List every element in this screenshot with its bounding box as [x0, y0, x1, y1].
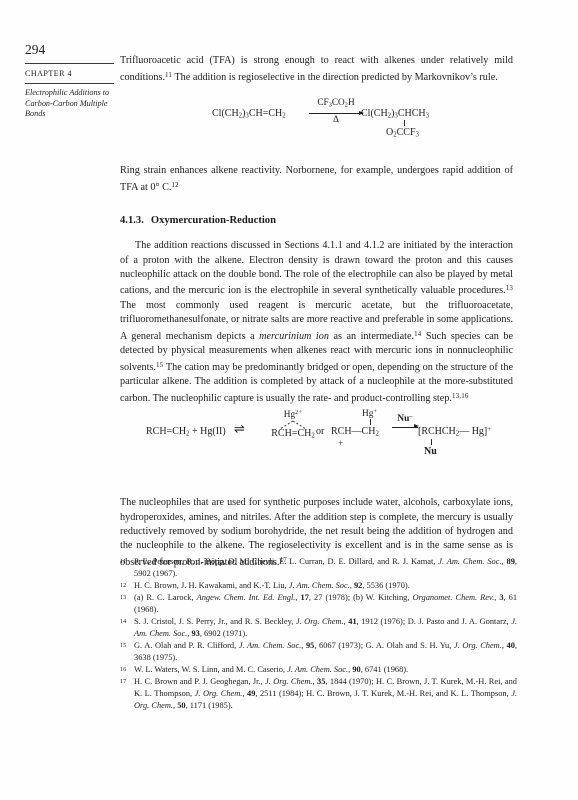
footnote-text: P. E. Peterson, R. J. Bopp, D. M. Chevli… — [134, 557, 517, 578]
eq2-open-chain-formula: RCH—CH2 — [331, 426, 379, 437]
reaction-scheme-mercurinium: RCH=CH2 + Hg(II) ⇌ Hg2+ RCH=CH2 or Hg+ R… — [120, 404, 530, 468]
eq2-nucleophile-label: Nu– — [397, 413, 412, 424]
footnote-text: H. C. Brown and P. J. Geoghegan, Jr., J.… — [134, 677, 517, 710]
eq2-bridged-hg-label: Hg2+ — [264, 408, 322, 420]
footnote-number: 11 — [120, 556, 126, 568]
equilibrium-arrows-icon: ⇌ — [234, 422, 245, 437]
eq2-product-bond-line — [431, 439, 432, 445]
eq2-product-formula: [RCHCH2— Hg]+ — [418, 426, 491, 438]
book-page: 294 CHAPTER 4 Electrophilic Additions to… — [0, 0, 578, 800]
page-number: 294 — [25, 42, 45, 58]
reaction-arrow-icon — [392, 427, 418, 428]
eq1-arrow-group: CF3CO2H Δ — [309, 98, 363, 126]
footnote-13: 13 (a) R. C. Larock, Angew. Chem. Int. E… — [120, 592, 517, 616]
footnote-text: G. A. Olah and P. R. Clifford, J. Am. Ch… — [134, 641, 517, 662]
eq2-product-nu-label: Nu — [424, 446, 437, 457]
eq2-or-label: or — [316, 426, 324, 437]
footnote-16: 16 W. L. Waters, W. S. Linn, and M. C. C… — [120, 664, 517, 676]
footnote-number: 13 — [120, 592, 126, 604]
footnote-text: S. J. Cristol, J. S. Perry, Jr., and R. … — [134, 617, 517, 638]
footnote-11: 11 P. E. Peterson, R. J. Bopp, D. M. Che… — [120, 556, 517, 580]
footnotes-section: 11 P. E. Peterson, R. J. Bopp, D. M. Che… — [120, 556, 517, 712]
footnote-number: 12 — [120, 580, 126, 592]
reaction-arrow-icon — [309, 113, 363, 114]
footnote-12: 12 H. C. Brown, J. H. Kawakami, and K.-T… — [120, 580, 517, 592]
eq2-nu-arrow-group: Nu– — [392, 413, 418, 429]
eq2-bridged-cation: Hg2+ RCH=CH2 — [264, 408, 322, 441]
section-heading-oxymercuration: 4.1.3.Oxymercuration-Reduction — [120, 215, 276, 226]
chapter-label: CHAPTER 4 — [25, 69, 72, 78]
footnote-number: 17 — [120, 676, 126, 688]
paragraph-tfa-intro: Trifluoroacetic acid (TFA) is strong eno… — [120, 54, 513, 85]
footnote-number: 16 — [120, 664, 126, 676]
eq1-reactant-formula: Cl(CH2)3CH=CH2 — [212, 108, 286, 119]
eq2-bridged-alkene-formula: RCH=CH2 — [264, 429, 322, 441]
footnote-number: 14 — [120, 616, 126, 628]
eq1-bond-line — [404, 120, 405, 126]
eq1-substituent-formula: O2CCF3 — [386, 127, 419, 138]
eq1-condition-label: Δ — [333, 115, 339, 126]
chapter-title: Electrophilic Additions to Carbon-Carbon… — [25, 88, 113, 120]
eq2-open-hg-label: Hg+ — [362, 408, 377, 419]
sidebar-divider-bottom — [25, 83, 114, 84]
reaction-scheme-tfa-addition: Cl(CH2)3CH=CH2 CF3CO2H Δ Cl(CH2)3CHCH3 O… — [120, 96, 513, 150]
footnote-15: 15 G. A. Olah and P. R. Clifford, J. Am.… — [120, 640, 517, 664]
footnote-text: (a) R. C. Larock, Angew. Chem. Int. Ed. … — [134, 593, 517, 614]
eq2-open-plus-charge: + — [338, 438, 343, 448]
sidebar-divider-top — [25, 63, 114, 64]
footnote-text: H. C. Brown, J. H. Kawakami, and K.-T. L… — [134, 581, 410, 590]
eq1-reagent-formula: CF3CO2H — [317, 98, 354, 110]
footnote-14: 14 S. J. Cristol, J. S. Perry, Jr., and … — [120, 616, 517, 640]
paragraph-ring-strain: Ring strain enhances alkene reactivity. … — [120, 164, 513, 195]
paragraph-oxymercuration-mechanism: The addition reactions discussed in Sect… — [120, 239, 513, 406]
eq2-open-cation: Hg+ RCH—CH2 + — [331, 408, 389, 452]
footnote-text: W. L. Waters, W. S. Linn, and M. C. Case… — [134, 665, 408, 674]
eq2-reactant-formula: RCH=CH2 + Hg(II) — [146, 426, 226, 437]
eq2-open-bond-line — [370, 419, 371, 425]
footnote-17: 17 H. C. Brown and P. J. Geoghegan, Jr.,… — [120, 676, 517, 712]
eq1-product-formula: Cl(CH2)3CHCH3 — [361, 108, 429, 119]
footnote-number: 15 — [120, 640, 126, 652]
